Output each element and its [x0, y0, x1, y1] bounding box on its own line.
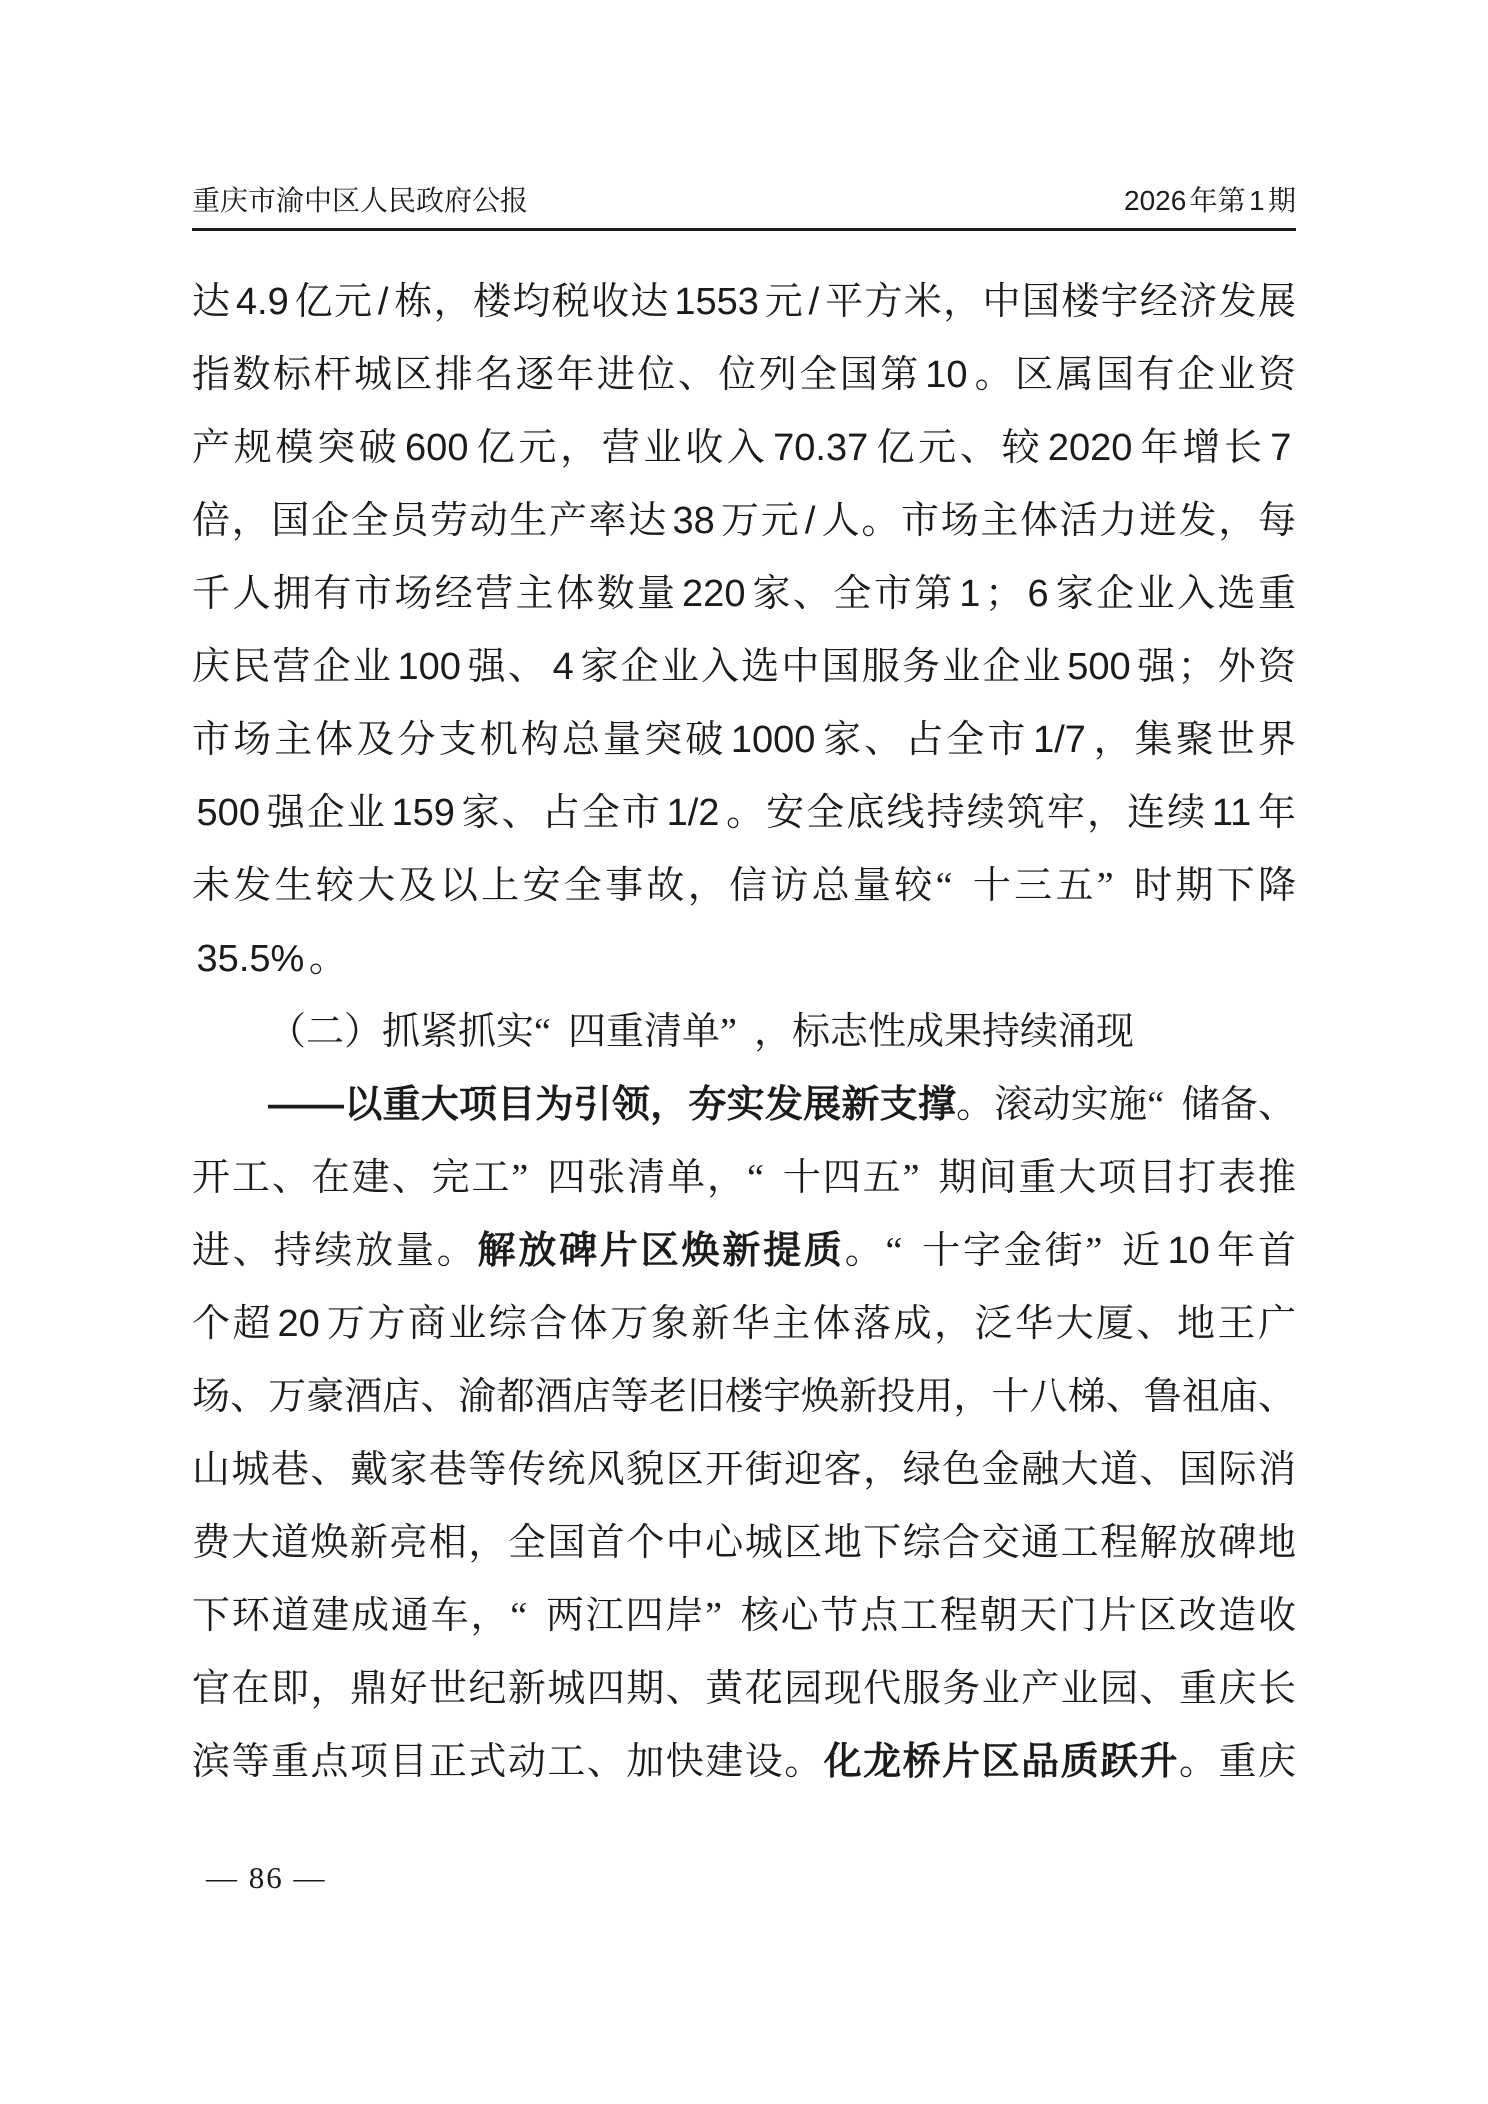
latin-run: 100 [398, 646, 461, 688]
text-line: 费大道焕新亮相，全国首个中心城区地下综合交通工程解放碑地 [192, 1507, 1296, 1580]
latin-run: 11 [1212, 792, 1251, 834]
text-run: 。滚动实施“储备、 [956, 1084, 1296, 1126]
fullwidth-quote: “ [510, 1595, 527, 1637]
text-run: 开工、在建、完工”四张清单，“十四五”期间重大项目打表推 [192, 1157, 1296, 1199]
latin-run: 159 [391, 792, 454, 834]
bold-run: ——以重大项目为引领，夯实发展新支撑 [268, 1084, 956, 1126]
fullwidth-quote: “ [1147, 1084, 1164, 1126]
text-line: 山城巷、戴家巷等传统风貌区开街迎客，绿色金融大道、国际消 [192, 1434, 1296, 1507]
text-run: 庆民营企业100强、4家企业入选中国服务业企业500强；外资 [192, 646, 1296, 688]
latin-run: 220 [682, 573, 745, 615]
text-line: 下环道建成通车，“两江四岸”核心节点工程朝天门片区改造收 [192, 1580, 1296, 1653]
fullwidth-quote: “ [747, 1157, 764, 1199]
fullwidth-quote: ” [705, 1595, 722, 1637]
text-run: 500强企业159家、占全市1/2。安全底线持续筑牢，连续11年 [192, 792, 1296, 834]
page-header: 重庆市渝中区人民政府公报 2026年第1期 [192, 184, 1296, 231]
text-line: 庆民营企业100强、4家企业入选中国服务业企业500强；外资 [192, 631, 1296, 704]
latin-run: 70.37 [773, 427, 868, 469]
fullwidth-quote: “ [534, 1011, 551, 1053]
text-run: （二）抓紧抓实“四重清单”，标志性成果持续涌现 [268, 1011, 1134, 1053]
latin-run: 20 [278, 1303, 320, 1345]
text-line: 千人拥有市场经营主体数量220家、全市第1；6家企业入选重 [192, 558, 1296, 631]
latin-run: / [805, 500, 816, 542]
latin-run: 4 [553, 646, 574, 688]
text-run: 未发生较大及以上安全事故，信访总量较“十三五”时期下降 [192, 865, 1296, 907]
text-run: 下环道建成通车，“两江四岸”核心节点工程朝天门片区改造收 [192, 1595, 1296, 1637]
fullwidth-quote: ” [720, 1011, 737, 1053]
text-run: 市场主体及分支机构总量突破1000家、占全市1/7，集聚世界 [192, 719, 1296, 761]
latin-run: 1/7 [1033, 719, 1086, 761]
gazette-page: 重庆市渝中区人民政府公报 2026年第1期 达4.9亿元/栋，楼均税收达1553… [0, 0, 1488, 2104]
latin-run: 7 [1270, 427, 1291, 469]
text-run: 个超20万方商业综合体万象新华主体落成，泛华大厦、地王广 [192, 1303, 1296, 1345]
text-line: 达4.9亿元/栋，楼均税收达1553元/平方米，中国楼宇经济发展 [192, 266, 1296, 339]
fullwidth-quote: ” [1085, 1230, 1102, 1272]
fullwidth-quote: ” [511, 1157, 528, 1199]
latin-run: 1553 [674, 281, 759, 323]
text-run: 场、万豪酒店、渝都酒店等老旧楼宇焕新投用，十八梯、鲁祖庙、 [192, 1376, 1296, 1418]
text-run: 倍，国企全员劳动生产率达38万元/人。市场主体活力迸发，每 [192, 500, 1296, 542]
text-run: 。重庆 [1179, 1741, 1296, 1783]
latin-run: 1/2 [667, 792, 720, 834]
latin-run: / [809, 281, 820, 323]
body-text: 达4.9亿元/栋，楼均税收达1553元/平方米，中国楼宇经济发展指数标杆城区排名… [192, 266, 1296, 1799]
text-run: 。“十字金街”近10年首 [845, 1230, 1296, 1272]
header-left-title: 重庆市渝中区人民政府公报 [192, 185, 528, 219]
text-run: 达4.9亿元/栋，楼均税收达1553元/平方米，中国楼宇经济发展 [192, 281, 1296, 323]
latin-run: 1 [959, 573, 980, 615]
header-right-issue: 2026年第1期 [1121, 184, 1296, 219]
text-run: 山城巷、戴家巷等传统风貌区开街迎客，绿色金融大道、国际消 [192, 1449, 1296, 1491]
text-line: 市场主体及分支机构总量突破1000家、占全市1/7，集聚世界 [192, 704, 1296, 777]
latin-run: 500 [197, 792, 260, 834]
text-line: （二）抓紧抓实“四重清单”，标志性成果持续涌现 [192, 996, 1296, 1069]
text-run: 进、持续放量。 [192, 1230, 478, 1272]
latin-run: 38 [673, 500, 715, 542]
text-line: 倍，国企全员劳动生产率达38万元/人。市场主体活力迸发，每 [192, 485, 1296, 558]
text-line: 未发生较大及以上安全事故，信访总量较“十三五”时期下降 [192, 850, 1296, 923]
text-run: 产规模突破600亿元，营业收入70.37亿元、较2020年增长7 [192, 427, 1296, 469]
latin-run: 600 [405, 427, 468, 469]
fullwidth-quote: ” [903, 1157, 920, 1199]
fullwidth-quote: “ [885, 1230, 902, 1272]
text-run: 费大道焕新亮相，全国首个中心城区地下综合交通工程解放碑地 [192, 1522, 1296, 1564]
latin-run: 2026 [1124, 185, 1186, 216]
text-line: 开工、在建、完工”四张清单，“十四五”期间重大项目打表推 [192, 1142, 1296, 1215]
latin-run: 1000 [731, 719, 816, 761]
text-run: 指数标杆城区排名逐年进位、位列全国第10。区属国有企业资 [192, 354, 1296, 396]
text-line: 官在即，鼎好世纪新城四期、黄花园现代服务业产业园、重庆长 [192, 1653, 1296, 1726]
latin-run: 2020 [1048, 427, 1133, 469]
text-line: 产规模突破600亿元，营业收入70.37亿元、较2020年增长7 [192, 412, 1296, 485]
text-line: 35.5%。 [192, 923, 1296, 996]
latin-run: 1 [1249, 185, 1265, 216]
text-line: 进、持续放量。解放碑片区焕新提质。“十字金街”近10年首 [192, 1215, 1296, 1288]
bold-run: 解放碑片区焕新提质 [478, 1230, 845, 1272]
page-number: — 86 — [206, 1858, 327, 1898]
latin-run: / [378, 281, 389, 323]
text-run: 滨等重点项目正式动工、加快建设。 [192, 1741, 824, 1783]
fullwidth-quote: ” [1097, 865, 1114, 907]
latin-run: 10 [1168, 1230, 1210, 1272]
latin-run: 4.9 [236, 281, 289, 323]
text-line: 500强企业159家、占全市1/2。安全底线持续筑牢，连续11年 [192, 777, 1296, 850]
text-line: 个超20万方商业综合体万象新华主体落成，泛华大厦、地王广 [192, 1288, 1296, 1361]
text-run: 千人拥有市场经营主体数量220家、全市第1；6家企业入选重 [192, 573, 1296, 615]
text-line: 场、万豪酒店、渝都酒店等老旧楼宇焕新投用，十八梯、鲁祖庙、 [192, 1361, 1296, 1434]
latin-run: 35.5% [197, 938, 305, 980]
latin-run: 6 [1028, 573, 1049, 615]
text-run: 35.5%。 [192, 938, 347, 980]
latin-run: 500 [1067, 646, 1130, 688]
text-run: 官在即，鼎好世纪新城四期、黄花园现代服务业产业园、重庆长 [192, 1668, 1296, 1710]
latin-run: 10 [925, 354, 967, 396]
text-line: 指数标杆城区排名逐年进位、位列全国第10。区属国有企业资 [192, 339, 1296, 412]
text-line: 滨等重点项目正式动工、加快建设。化龙桥片区品质跃升。重庆 [192, 1726, 1296, 1799]
text-line: ——以重大项目为引领，夯实发展新支撑。滚动实施“储备、 [192, 1069, 1296, 1142]
bold-run: 化龙桥片区品质跃升 [824, 1741, 1179, 1783]
fullwidth-quote: “ [936, 865, 953, 907]
